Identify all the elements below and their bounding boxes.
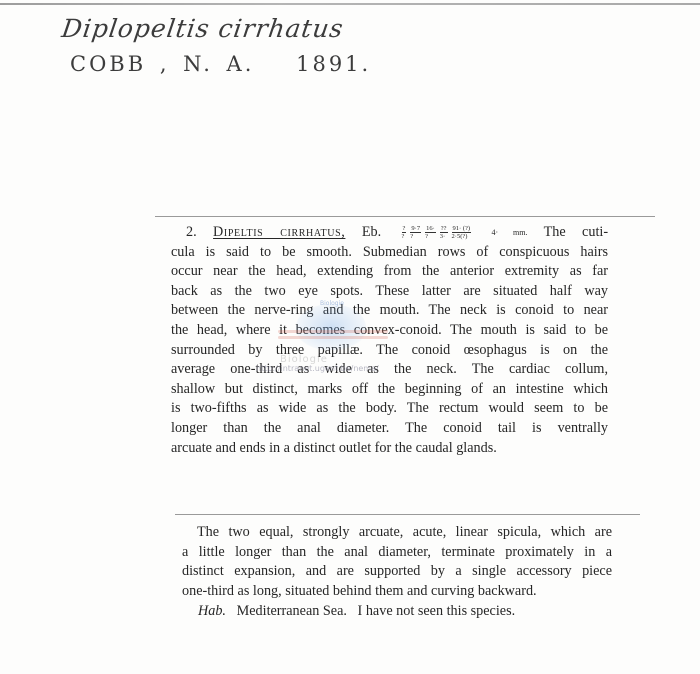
species-heading-line: 2. Dipeltis cirrhatus, Eb. ??9·7?16·???3… [171, 223, 608, 243]
habitat-label: Hab. [198, 603, 226, 619]
formula-fraction: 9·7? [410, 225, 421, 240]
text-line: the head, where it becomes convex-conoid… [171, 321, 608, 341]
text-line: arcuate and ends in a distinct outlet fo… [171, 439, 608, 459]
species-number: 2. [186, 224, 197, 240]
measurement-formula: ??9·7?16·???3·91· (?)2·5(?) [400, 225, 474, 240]
text-line: a little longer than the anal diameter, … [182, 543, 612, 563]
handwritten-author-line: COBB , N. A. 1891. [70, 52, 371, 76]
text-line: between the nerve-ring and the mouth. Th… [171, 301, 608, 321]
upper-clipping: 2. Dipeltis cirrhatus, Eb. ??9·7?16·???3… [171, 223, 608, 458]
formula-fraction: ??3· [440, 225, 448, 240]
handwritten-author: COBB , N. A. [70, 52, 254, 76]
formula-length: 4· mm. [491, 228, 527, 237]
species-name: Dipeltis cirrhatus, [213, 224, 345, 240]
lower-clipping: The two equal, strongly arcuate, acute, … [182, 523, 612, 622]
text-line: surrounded by three papillæ. The conoid … [171, 341, 608, 361]
formula-fraction: ?? [402, 225, 407, 240]
handwritten-species-name: Diplopeltis cirrhatus [60, 14, 346, 43]
upper-clipping-rule [155, 216, 655, 217]
text-line: back as the two eye spots. These latter … [171, 282, 608, 302]
lower-clipping-rule [175, 514, 640, 515]
text-line: The cuti- [544, 224, 608, 240]
text-line: The two equal, strongly arcuate, acute, … [182, 523, 612, 543]
text-line: average one-third as wide as the neck. T… [171, 360, 608, 380]
text-line: occur near the head, extending from the … [171, 262, 608, 282]
scanned-page: Diplopeltis cirrhatus COBB , N. A. 1891.… [0, 0, 700, 674]
page-top-edge [0, 3, 700, 5]
text-line: one-third as long, situated behind them … [182, 582, 612, 602]
formula-fraction: 91· (?)2·5(?) [452, 225, 472, 240]
text-line: is two-fifths as wide as the body. The r… [171, 399, 608, 419]
text-line: shallow but distinct, marks off the begi… [171, 380, 608, 400]
text-line: distinct expansion, and are supported by… [182, 562, 612, 582]
habitat-line: Hab. Mediterranean Sea. I have not seen … [182, 602, 612, 622]
formula-fraction: 16·? [425, 225, 436, 240]
handwritten-year: 1891. [296, 52, 371, 76]
habitat-text: Mediterranean Sea. I have not seen this … [237, 603, 516, 619]
text-line: longer than the anal diameter. The conoi… [171, 419, 608, 439]
text-line: cula is said to be smooth. Submedian row… [171, 243, 608, 263]
species-authority: Eb. [362, 224, 381, 240]
